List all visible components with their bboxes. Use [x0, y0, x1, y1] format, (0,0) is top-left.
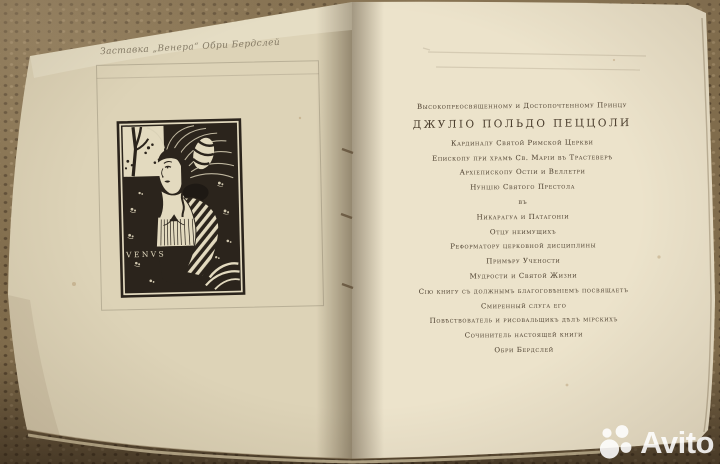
handwritten-note: Заставка „Венера“ Обри Бердслей [100, 37, 300, 57]
dedication-line: Высокопреосвященному и Достопочтенному П… [396, 98, 648, 115]
book-photo: Заставка „Венера“ Обри Бердслей [0, 0, 720, 464]
gutter-shadow-left [316, 0, 352, 464]
dedication-title: ДЖУЛІО ПОЛЬДО ПЕЦЦОЛИ [396, 114, 648, 135]
venus-caption: VENVS [125, 249, 166, 259]
dedication-line: Обри Бердслей [398, 342, 650, 359]
binding-stitches [341, 149, 353, 288]
gutter-shadow-right [352, 0, 384, 464]
avito-logo-icon [599, 424, 635, 460]
venus-illustration: VENVS [114, 114, 251, 303]
ghost-impression [423, 48, 646, 70]
fore-edge-line [702, 18, 711, 432]
avito-wordmark: Avito [640, 427, 714, 458]
dedication-text: Высокопреосвященному и Достопочтенному П… [396, 98, 650, 359]
avito-watermark: Avito [599, 424, 714, 460]
dedication-line: Сію книгу съ должнымъ благоговѣніемъ пос… [397, 283, 649, 300]
page-stack-edge-bottom [28, 435, 600, 462]
dedication-line: Повѣствователь и рисовальщикъ дѣлъ мірск… [398, 312, 650, 329]
dedication-line: Епископу при храмѣ Св. Маріи въ Трастеве… [396, 149, 648, 166]
